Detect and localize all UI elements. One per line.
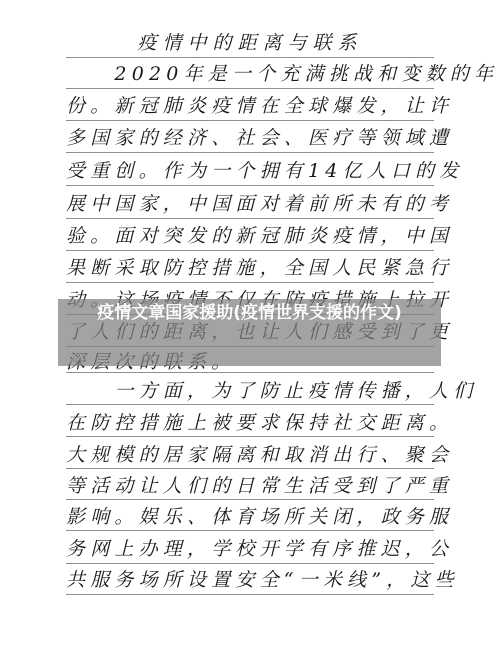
- ruled-line: [66, 57, 434, 58]
- ruled-line: [66, 88, 434, 89]
- ruled-line: [66, 499, 434, 500]
- ruled-line: [66, 218, 434, 219]
- ruled-line: [66, 152, 434, 153]
- caption-overlay-text: 疫情文章国家援助(疫情世界支援的作文): [58, 302, 441, 324]
- essay-line: 共服务场所设置安全“一米线”，这些: [66, 566, 436, 594]
- essay-title: 疫情中的距离与联系: [66, 29, 434, 57]
- ruled-line: [66, 530, 434, 531]
- essay-line: 影响。娱乐、体育场所关闭，政务服: [66, 503, 436, 531]
- ruled-line: [66, 185, 434, 186]
- essay-line: 在防控措施上被要求保持社交距离。: [66, 409, 436, 437]
- essay-line: 等活动让人们的日常生活受到了严重: [66, 472, 436, 500]
- essay-line: 多国家的经济、社会、医疗等领域遭: [66, 124, 436, 152]
- ruled-line: [66, 594, 434, 595]
- essay-line: 大规模的居家隔离和取消出行、聚会: [66, 441, 436, 469]
- essay-line: 果断采取防控措施，全国人民紧急行: [66, 254, 436, 282]
- ruled-line: [66, 468, 434, 469]
- essay-line: 一方面，为了防止疫情传播，人们: [66, 377, 436, 405]
- essay-line: 2020年是一个充满挑战和变数的年: [66, 60, 436, 88]
- ruled-line: [66, 120, 434, 121]
- ruled-line: [66, 563, 434, 564]
- ruled-line: [66, 250, 434, 251]
- essay-line: 份。新冠肺炎疫情在全球爆发，让许: [66, 92, 436, 120]
- essay-line: 务网上办理，学校开学有序推迟，公: [66, 535, 436, 563]
- ruled-line: [66, 282, 434, 283]
- essay-line: 验。面对突发的新冠肺炎疫情，中国: [66, 222, 436, 250]
- ruled-line: [66, 436, 434, 437]
- essay-line: 受重创。作为一个拥有14亿人口的发: [66, 157, 436, 185]
- ruled-line: [66, 404, 434, 405]
- essay-line: 展中国家，中国面对着前所未有的考: [66, 190, 436, 218]
- ruled-line: [66, 372, 434, 373]
